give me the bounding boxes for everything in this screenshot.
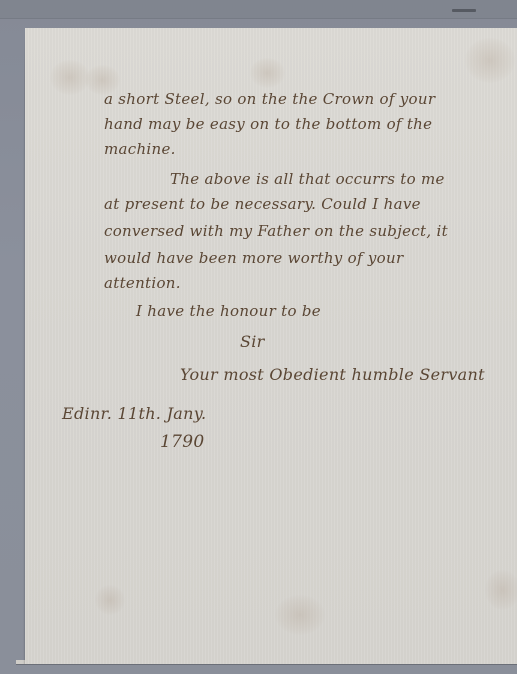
letter-body-line: would have been more worthy of your xyxy=(104,249,403,267)
letter-body-line: machine. xyxy=(104,140,176,158)
scan-backdrop-band xyxy=(0,0,517,19)
letter-closing: I have the honour to be xyxy=(136,302,321,320)
paper-stain xyxy=(50,60,90,95)
paper-stain xyxy=(250,58,285,88)
paper-stain xyxy=(465,38,515,83)
letter-signature-line: Your most Obedient humble Servant xyxy=(180,365,485,384)
letter-body-line: a short Steel, so on the the Crown of yo… xyxy=(104,90,435,108)
paper-stain xyxy=(95,585,125,615)
letter-body-line: attention. xyxy=(104,274,181,292)
paper-stain xyxy=(275,595,325,635)
letter-salutation: Sir xyxy=(240,332,265,351)
letter-body-line: at present to be necessary. Could I have xyxy=(104,195,421,213)
letter-dateline: Edinr. 11th. Jany. xyxy=(62,404,206,423)
letter-body-line: hand may be easy on to the bottom of the xyxy=(104,115,432,133)
letter-year: 1790 xyxy=(160,432,204,452)
letter-body-line: The above is all that occurrs to me xyxy=(170,170,445,188)
letter-body-line: conversed with my Father on the subject,… xyxy=(104,222,448,240)
paper-stain xyxy=(485,570,517,610)
scan-edge-mark xyxy=(452,9,476,12)
